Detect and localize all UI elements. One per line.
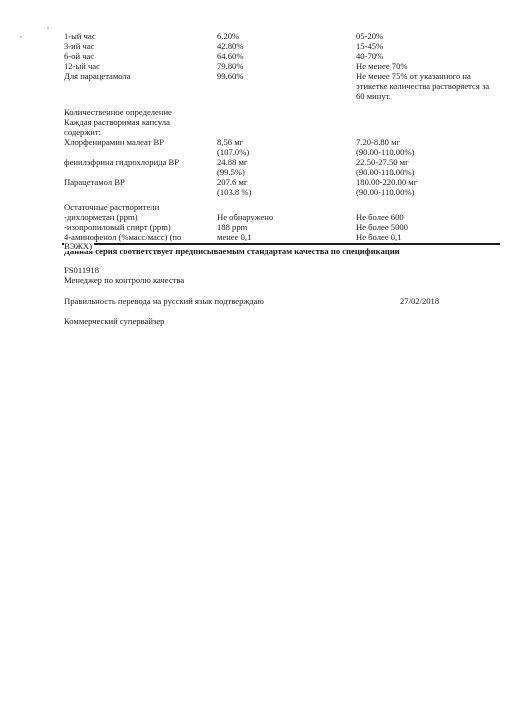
scan-speck [47,27,49,29]
assay-label: Парацетамол BP [64,177,125,187]
dissolution-spec: 05-20% [356,31,383,41]
solvent-label: -изопропиловый спирт (ppm) [64,222,171,232]
assay-result: 24.88 мг [217,157,247,167]
solvent-spec: Не более 5000 [356,222,408,232]
solvent-label: ВЭЖХ) [64,241,94,251]
assay-spec: (90.00-110.00%) [356,147,414,157]
scan-speck [20,36,22,38]
document-code: FS011918 [64,265,99,275]
divider-line [62,243,500,245]
assay-spec: 7.20-8.80 мг [356,137,400,147]
assay-spec: 22.50-27.50 мг [356,157,409,167]
dissolution-spec: 40-70% [356,51,383,61]
dissolution-result: 79.80% [217,61,244,71]
dissolution-result: 99.60% [217,71,244,81]
dissolution-spec: этикетке количества растворяется за [356,81,489,91]
dissolution-label: 6-ой час [64,51,94,61]
assay-spec: 180.00-220.00 мг [356,177,417,187]
assay-spec: (90.00-110.00%) [356,187,414,197]
assay-heading: содержит: [64,127,101,137]
dissolution-result: 42.80% [217,41,244,51]
solvent-spec: Не более 600 [356,212,404,222]
solvents-heading: Остаточные растворители [64,202,159,212]
assay-label: фенилэфрина гидрохлорида BP [64,157,179,167]
qc-manager-title: Менеджер по контролю качества [64,275,184,285]
assay-label: Хлорфенирамин малеат BP [64,137,164,147]
dissolution-label: 1-ый час [64,31,96,41]
assay-spec: (90.00-110.00%) [356,167,414,177]
solvent-label: -дихлорметан (ppm) [64,212,138,222]
dissolution-label: 3-ий час [64,41,94,51]
solvent-result: менее 0,1 [217,232,251,242]
assay-result: 8,56 мг [217,137,243,147]
conclusion-statement: Данная серия соответствует предписываемы… [64,246,400,256]
commercial-supervisor-title: Коммерческий супервайзер [64,316,164,326]
solvent-result: Не обнаружено [217,212,273,222]
dissolution-spec: Не менее 75% от указанного на [356,71,471,81]
dissolution-result: 6.20% [217,31,239,41]
dissolution-spec: Не менее 70% [356,61,408,71]
dissolution-label: Для парацетамола [64,71,131,81]
confirmation-date: 27/02/2018 [400,296,439,306]
assay-result: (99.5%) [217,167,245,177]
assay-heading: Каждая растворимая капсула [64,117,170,127]
dissolution-label: 12-ый час [64,61,100,71]
assay-result: 207.6 мг [217,177,247,187]
dissolution-spec: 15-45% [356,41,383,51]
assay-result: (107.0%) [217,147,249,157]
dissolution-result: 64.60% [217,51,244,61]
dissolution-spec: 60 минут. [356,91,391,101]
assay-heading: Количественное определение [64,107,172,117]
translation-confirmation: Правильность перевода на русский язык по… [64,296,264,306]
solvent-spec: Не более 0,1 [356,232,402,242]
solvent-result: 188 ppm [217,222,247,232]
assay-result: (103.8 %) [217,187,251,197]
